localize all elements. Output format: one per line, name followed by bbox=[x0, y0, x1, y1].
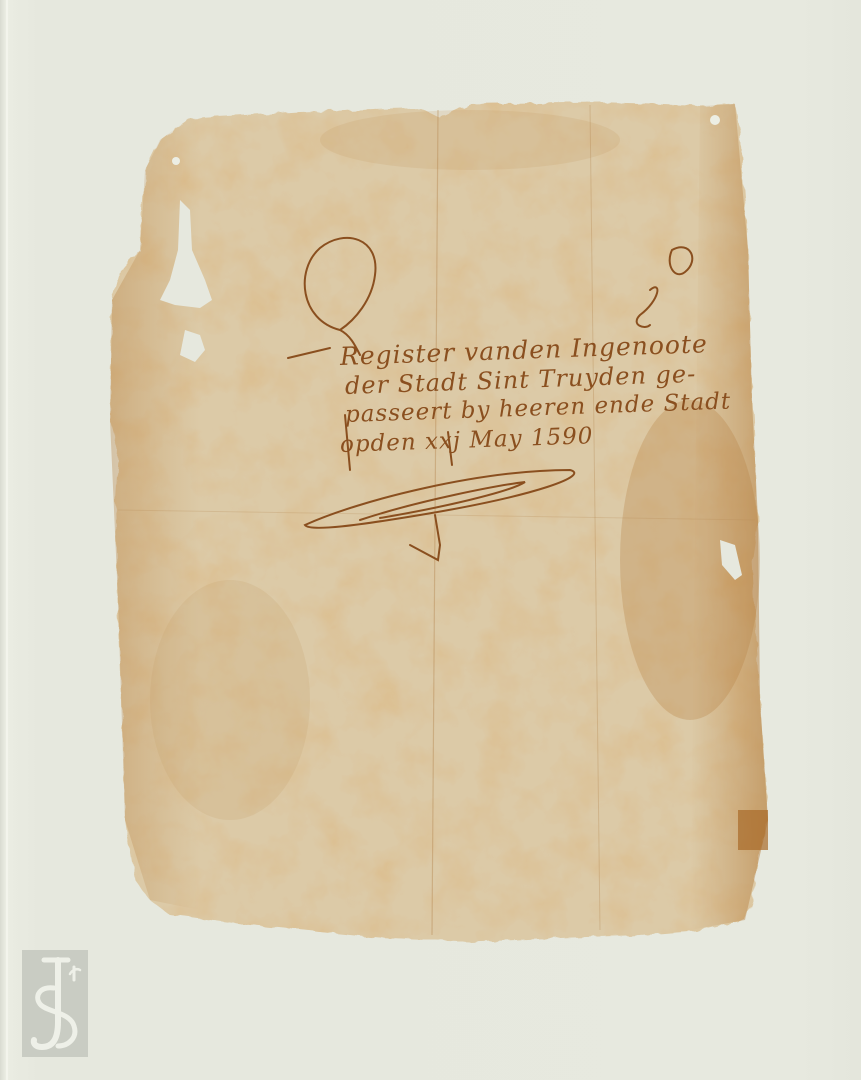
js-monogram-icon bbox=[22, 950, 88, 1057]
manuscript-page-image bbox=[0, 0, 861, 1080]
book-cover: Register vanden Ingenoote der Stadt Sint… bbox=[0, 0, 861, 1080]
publisher-logo bbox=[22, 950, 88, 1057]
